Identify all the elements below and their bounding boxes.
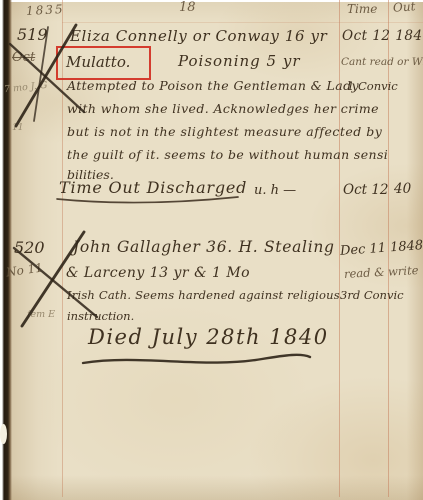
entry-520-remark-line-2: instruction. <box>67 311 134 323</box>
entry-519-discharge-date: Oct 12 <box>343 184 389 198</box>
entry-520-death-note: Died July 28th 1840 <box>88 327 329 348</box>
ledger-year: 1835 <box>26 3 65 17</box>
entry-519-discharge-note: u. h — <box>254 184 296 197</box>
entry-519-remark-line-2: with whom she lived. Acknowledges her cr… <box>67 103 379 116</box>
binding-notch <box>0 424 7 444</box>
entry-519-crime-sentence: Poisoning 5 yr <box>178 54 301 69</box>
entry-519-literacy: Cant read or Wr <box>341 57 423 68</box>
entry-519-convictions: 1 Convic <box>347 81 398 93</box>
entry-520-remark-line-1: Irish Cath. Seems hardened against relig… <box>67 290 340 302</box>
entry-520-number: 520 <box>14 240 45 256</box>
entry-520-pencil-note: fem E <box>27 310 55 320</box>
entry-519-margin-mark: 11 <box>12 124 23 133</box>
entry-519-crossed-month: Oct <box>12 51 35 64</box>
entry-519-discharge-line: Time Out Discharged <box>59 180 247 196</box>
entry-519-number: 519 <box>17 27 48 43</box>
entry-519-remark-line-3: but is not in the slightest measure affe… <box>67 126 382 139</box>
entry-520-convictions: 3rd Convic <box>340 290 404 302</box>
entry-520-name-line: John Gallagher 36. H. Stealing <box>73 240 335 256</box>
entry-519-discharge-year: 40 <box>394 183 411 197</box>
time-out-header-time: Time <box>347 3 377 15</box>
ledger-page-scan: 1835 18 Time Out 519 Oct 7 mo J. G 11 El… <box>0 0 423 500</box>
entry-519-remark-line-1: Attempted to Poison the Gentleman & Lady <box>67 80 359 93</box>
header-rule-line <box>62 22 423 23</box>
red-highlight-annotation-box <box>56 46 151 80</box>
entry-520-crime-sentence: & Larceny 13 yr & 1 Mo <box>66 266 250 280</box>
time-out-header-out: Out <box>393 0 416 14</box>
entry-519-commit-date: Oct 12 1840 <box>342 30 423 44</box>
entry-519-remark-line-4: the guilt of it. seems to be without hum… <box>67 149 388 162</box>
page-number: 18 <box>179 1 196 14</box>
entry-519-name-line: Eliza Connelly or Conway 16 yr <box>70 29 327 44</box>
